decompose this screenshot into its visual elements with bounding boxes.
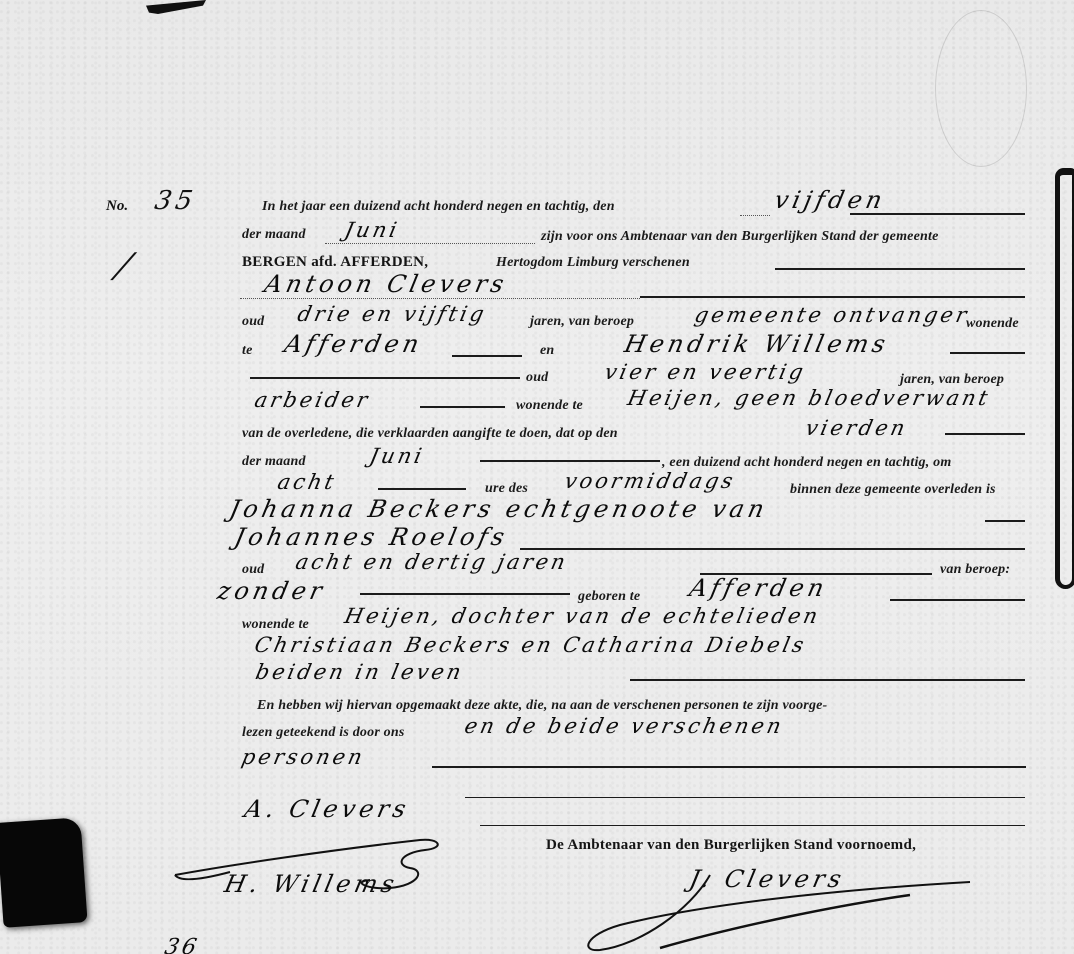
handwritten-signatories: en de beide verschenen — [462, 714, 786, 738]
handwritten-residence-deceased: Heijen, dochter van de echtelieden — [342, 604, 822, 628]
handwritten-age-2: vier en veertig — [602, 360, 808, 384]
handwritten-declarant-2: Hendrik Willems — [622, 330, 892, 358]
printed-wonende-te-2: wonende te — [242, 617, 309, 633]
handwritten-time-of-day: voormiddags — [562, 469, 738, 493]
handwritten-residence-2: Heijen, geen bloedverwant — [625, 386, 992, 410]
printed-line-11: binnen deze gemeente overleden is — [790, 482, 996, 498]
printed-line-1: In het jaar een duizend acht honderd neg… — [262, 199, 615, 215]
signature-declarant-1: A. Clevers — [242, 795, 412, 823]
record-number-label: No. — [106, 198, 128, 215]
record-number: 35 — [152, 186, 198, 216]
printed-der-maand-2: der maand — [242, 454, 306, 470]
handwritten-age-deceased: acht en dertig jaren — [293, 550, 570, 574]
printed-oud-2: oud — [526, 370, 548, 386]
printed-municipality: BERGEN afd. AFFERDEN, — [242, 254, 428, 271]
margin-bracket-mark — [1055, 168, 1074, 589]
handwritten-occupation-deceased: zonder — [215, 577, 329, 605]
handwritten-spouse: Johannes Roelofs — [232, 523, 511, 551]
printed-jaren-beroep: jaren, van beroep — [530, 314, 634, 330]
printed-line-9: van de overledene, die verklaarden aangi… — [242, 426, 618, 442]
printed-closing-line-2: lezen geteekend is door ons — [242, 725, 405, 741]
printed-wonende: wonende — [966, 316, 1019, 332]
next-record-fragment: 36 — [162, 935, 201, 954]
printed-van-beroep: van beroep: — [940, 562, 1010, 578]
printed-oud: oud — [242, 314, 264, 330]
handwritten-personen: personen — [239, 745, 367, 769]
handwritten-deceased: Johanna Beckers echtgenoote van — [227, 495, 771, 523]
printed-line-2: zijn voor ons Ambtenaar van den Burgerli… — [541, 229, 939, 245]
torn-corner-artifact — [146, 0, 206, 14]
printed-wonende-te: wonende te — [516, 398, 583, 414]
printed-geboren-te: geboren te — [578, 589, 640, 605]
official-caption: De Ambtenaar van den Burgerlijken Stand … — [546, 837, 916, 854]
margin-mark: / — [111, 246, 137, 286]
signature-declarant-2: H. Willems — [222, 870, 401, 898]
faint-stamp-watermark — [935, 10, 1027, 167]
handwritten-birthplace: Afferden — [687, 574, 830, 602]
handwritten-residence-1: Afferden — [282, 330, 425, 358]
printed-der-maand: der maand — [242, 227, 306, 243]
handwritten-age-1: drie en vijftig — [295, 302, 488, 326]
handwritten-occupation-2: arbeider — [252, 388, 372, 412]
handwritten-death-month: Juni — [367, 444, 426, 468]
handwritten-declarant-1: Antoon Clevers — [262, 270, 510, 298]
printed-en: en — [540, 343, 554, 359]
printed-line-3: Hertogdom Limburg verschenen — [496, 255, 690, 271]
handwritten-parents: Christiaan Beckers en Catharina Diebels — [252, 633, 808, 657]
printed-oud-3: oud — [242, 562, 264, 578]
handwritten-hour: acht — [275, 470, 338, 494]
ink-blot-artifact — [0, 817, 88, 928]
signature-flourish-official — [580, 870, 980, 954]
handwritten-occupation-1: gemeente ontvanger — [692, 303, 971, 327]
printed-te: te — [242, 343, 253, 359]
handwritten-parents-status: beiden in leven — [253, 660, 466, 684]
handwritten-month: Juni — [342, 218, 401, 242]
printed-closing-line-1: En hebben wij hiervan opgemaakt deze akt… — [257, 698, 827, 714]
handwritten-day: vijfden — [772, 186, 889, 214]
handwritten-death-day: vierden — [803, 416, 910, 440]
